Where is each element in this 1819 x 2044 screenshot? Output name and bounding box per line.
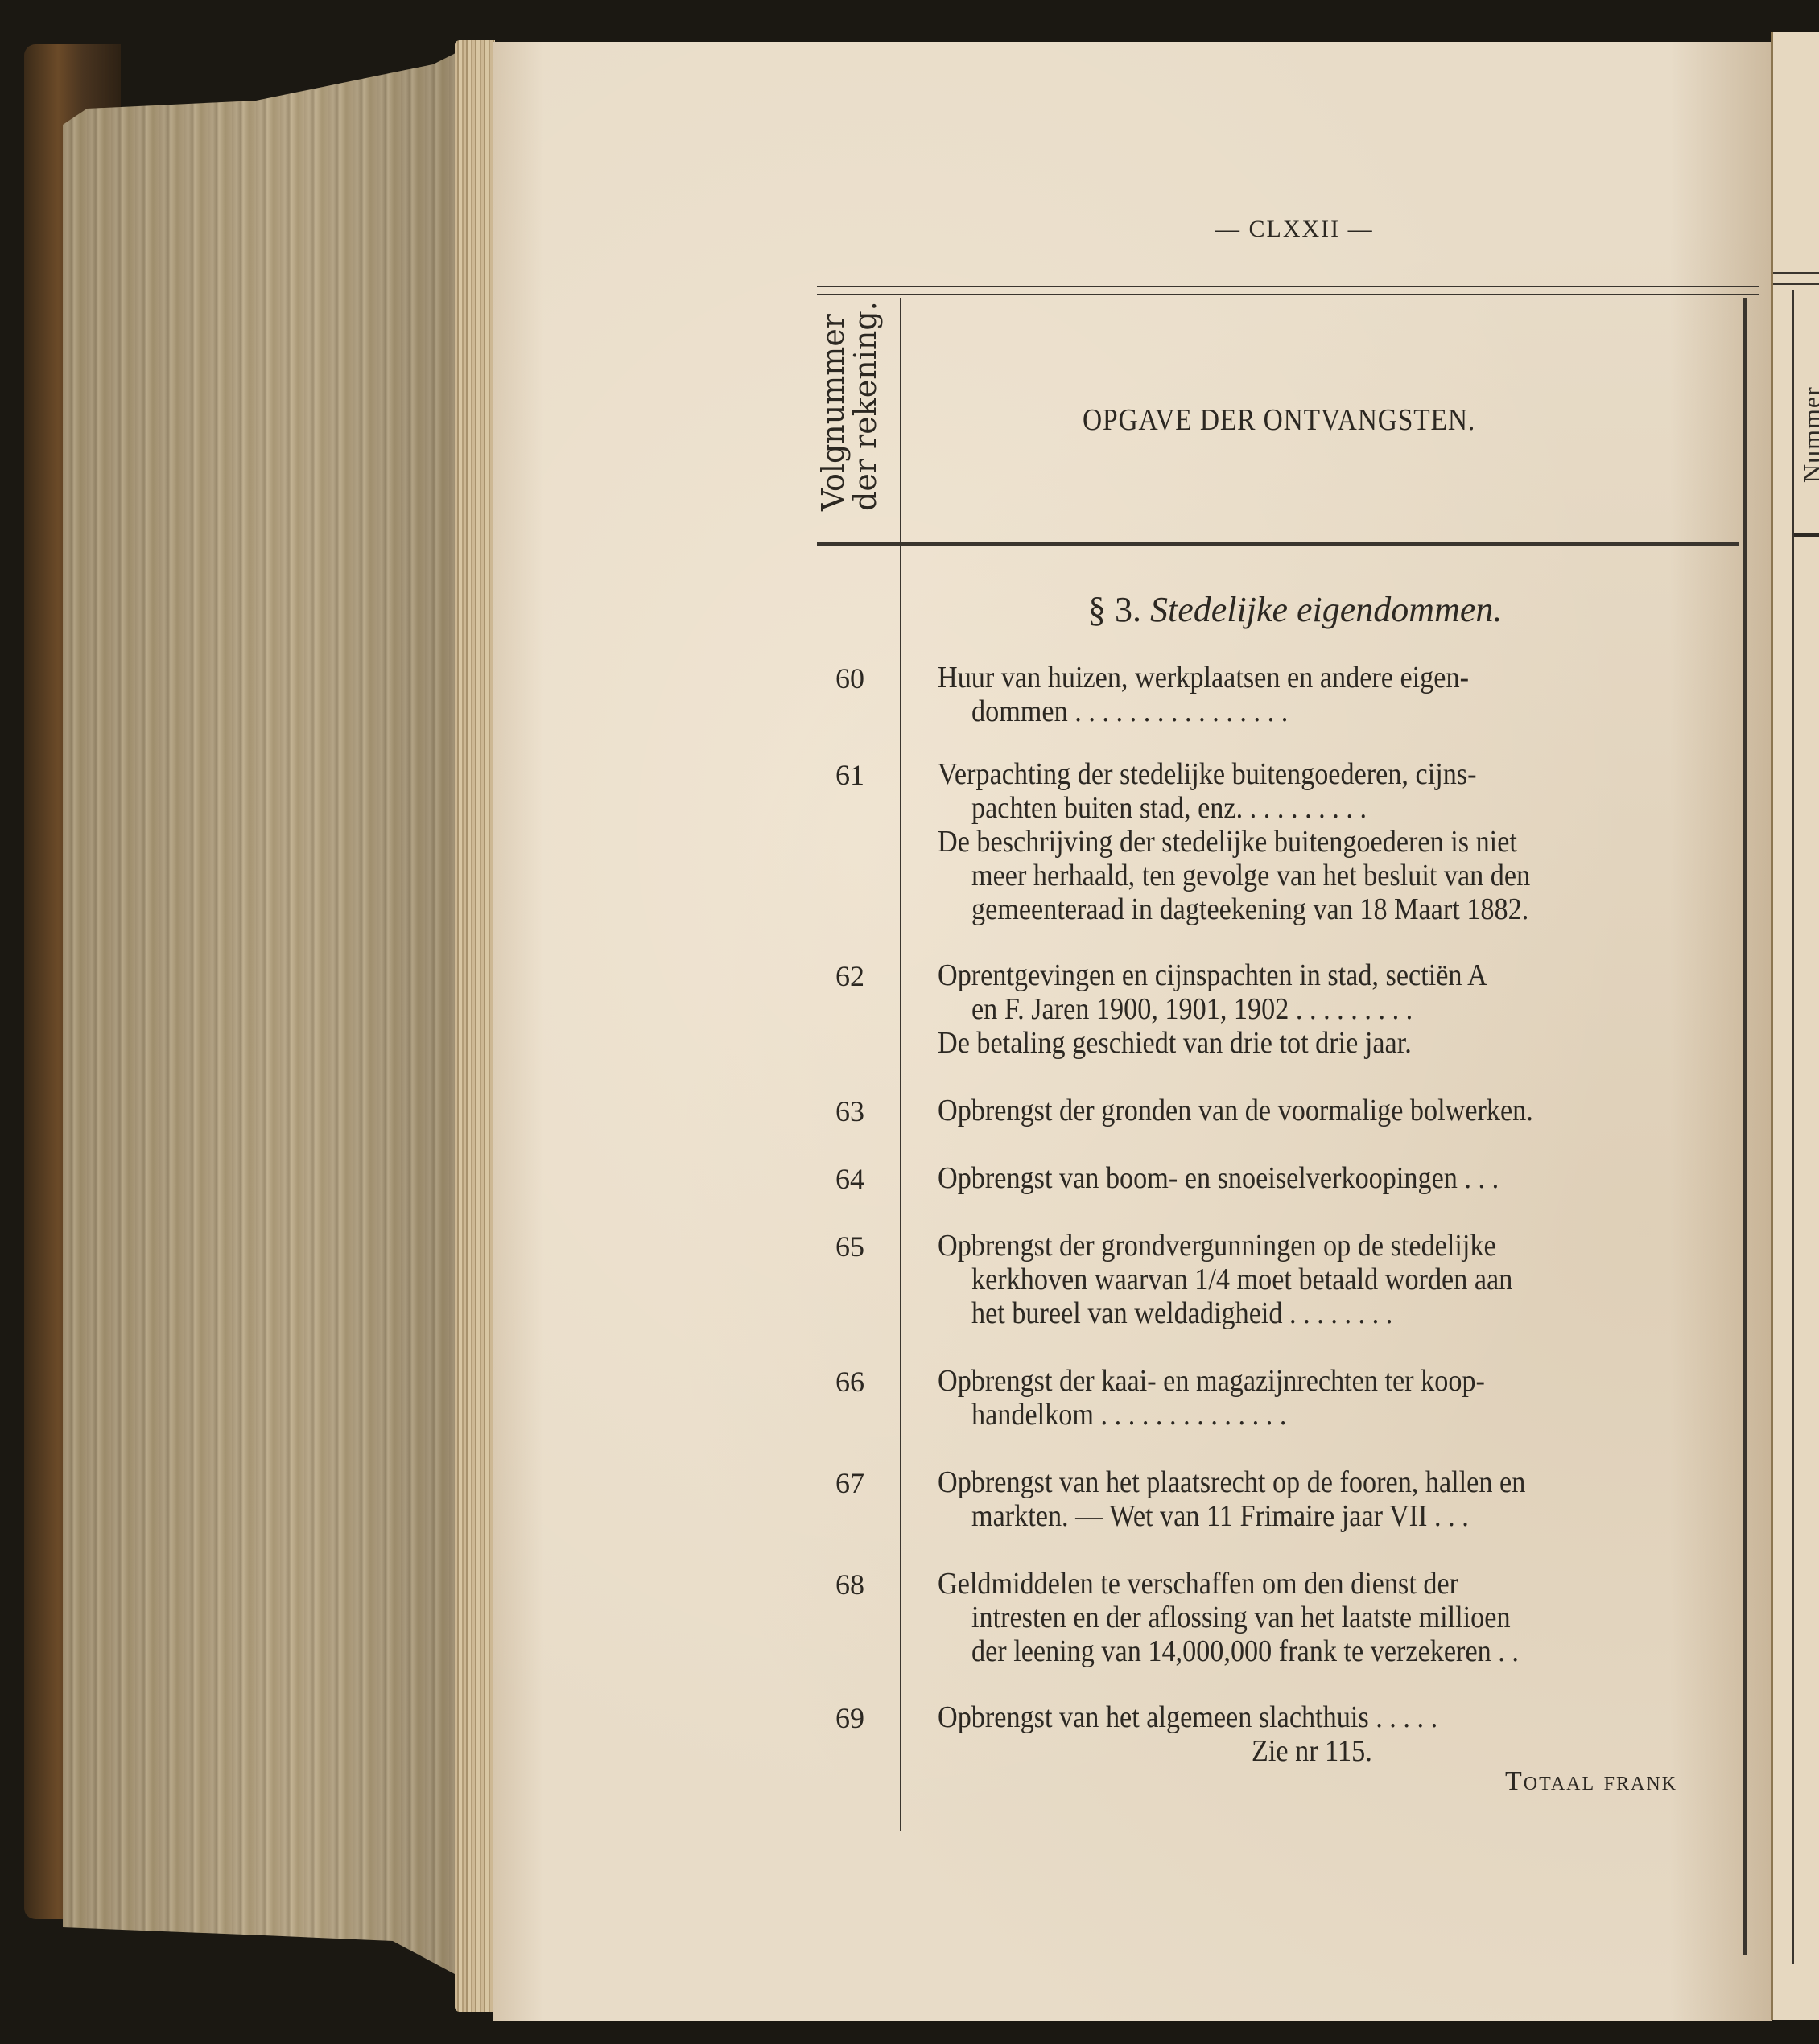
entry-text: Verpachting der stedelijke buitengoedere… [938, 756, 1477, 792]
page-number: — CLXXII — [1215, 216, 1374, 243]
entry-note: De beschrijving der stedelijke buitengoe… [938, 824, 1517, 859]
facing-page-edge: Nummer [1771, 32, 1819, 2020]
entry-text: der leening van 14,000,000 frank te verz… [971, 1634, 1519, 1669]
entry-text: Oprentgevingen en cijnspachten in stad, … [938, 958, 1487, 993]
entry-number: 61 [835, 758, 864, 792]
entry-note: Zie nr 115. [1252, 1733, 1372, 1769]
column-label-description: OPGAVE DER ONTVANGSTEN. [1083, 402, 1475, 438]
page-edges [455, 40, 495, 2012]
entry-number: 63 [835, 1094, 864, 1128]
entry-text: Opbrengst der gronden van de voormalige … [938, 1093, 1533, 1128]
entry-text: Opbrengst der kaai- en magazijnrechten t… [938, 1363, 1485, 1399]
entry-text: handelkom . . . . . . . . . . . . . . [971, 1397, 1286, 1432]
page-block-fore-edge [63, 48, 465, 1980]
entry-number: 68 [835, 1568, 864, 1601]
facing-page-column-rule [1792, 290, 1794, 1964]
section-symbol: § 3. [1088, 590, 1141, 629]
entry-number: 69 [835, 1701, 864, 1735]
facing-page-rule [1773, 283, 1819, 285]
entry-note: meer herhaald, ten gevolge van het beslu… [971, 858, 1530, 893]
entry-text: Opbrengst van boom- en snoeiselverkoopin… [938, 1160, 1499, 1196]
table-right-rule [1743, 298, 1747, 1955]
entry-text: pachten buiten stad, enz. . . . . . . . … [971, 790, 1367, 826]
table-top-rule-2 [817, 294, 1759, 295]
entry-text: Opbrengst der grondvergunningen op de st… [938, 1228, 1496, 1263]
entry-text: kerkhoven waarvan 1/4 moet betaald worde… [971, 1262, 1512, 1297]
header-bottom-rule [817, 542, 1739, 546]
entry-number: 66 [835, 1365, 864, 1399]
entry-text: dommen . . . . . . . . . . . . . . . . [971, 694, 1288, 729]
entry-text: Huur van huizen, werkplaatsen en andere … [938, 660, 1469, 695]
entry-text: Opbrengst van het plaatsrecht op de foor… [938, 1465, 1525, 1500]
entry-note: De betaling geschiedt van drie tot drie … [938, 1025, 1412, 1061]
facing-page-column-label: Nummer [1797, 386, 1819, 483]
entry-number: 67 [835, 1466, 864, 1500]
entry-note: gemeenteraad in dagteekening van 18 Maar… [971, 892, 1528, 927]
entry-number: 62 [835, 959, 864, 993]
entry-number: 65 [835, 1230, 864, 1263]
column-label-number-line1: Volgnummer [817, 314, 849, 511]
column-label-number-line2: der rekening. [849, 301, 881, 511]
entry-text: het bureel van weldadigheid . . . . . . … [971, 1296, 1392, 1331]
entry-number: 60 [835, 661, 864, 695]
facing-page-header-rule [1794, 533, 1819, 537]
table-top-rule [817, 286, 1759, 287]
section-name: Stedelijke eigendommen. [1150, 590, 1502, 629]
facing-page-rule [1773, 272, 1819, 274]
entry-text: Geldmiddelen te verschaffen om den diens… [938, 1566, 1458, 1601]
entry-text: Opbrengst van het algemeen slachthuis . … [938, 1700, 1437, 1735]
section-title: § 3. Stedelijke eigendommen. [1088, 589, 1502, 630]
column-divider [900, 298, 901, 1831]
entry-text: markten. — Wet van 11 Frimaire jaar VII … [971, 1498, 1469, 1534]
entry-number: 64 [835, 1162, 864, 1196]
total-label: Totaal frank [1505, 1766, 1677, 1797]
entry-text: intresten en der aflossing van het laats… [971, 1600, 1511, 1635]
entry-text: en F. Jaren 1900, 1901, 1902 . . . . . .… [971, 991, 1413, 1027]
